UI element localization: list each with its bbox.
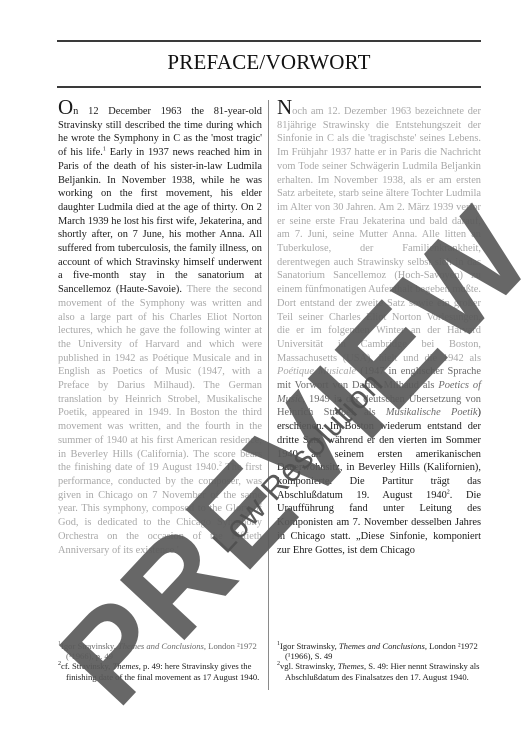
dropcap-n: N bbox=[277, 95, 292, 119]
german-paragraph: Noch am 12. Dezember 1963 bezeichnete de… bbox=[277, 101, 481, 557]
german-footnotes: 1Igor Strawinsky, Themes and Conclusions… bbox=[277, 641, 483, 682]
top-rule bbox=[57, 40, 481, 42]
german-title-musikalische-poetik: Musikalische Poetik bbox=[386, 407, 478, 418]
footnote-text: Igor Strawinsky, bbox=[280, 641, 339, 651]
german-text-clear: ) erschienen. In Boston wiederum entstan… bbox=[277, 407, 481, 500]
footnote-2-de: 2vgl. Strawinsky, Themes, S. 49: Hier ne… bbox=[277, 661, 483, 681]
footnote-text: cf. Stravinsky, bbox=[61, 661, 112, 671]
english-text-end: The first performance, conducted by the … bbox=[58, 462, 262, 555]
english-column: On 12 December 1963 the 81-year-old Stra… bbox=[58, 101, 262, 557]
page-title: PREFACE/VORWORT bbox=[57, 50, 481, 75]
column-separator bbox=[268, 100, 269, 690]
footnote-title: Themes bbox=[338, 661, 364, 671]
footnote-1-de: 1Igor Strawinsky, Themes and Conclusions… bbox=[277, 641, 483, 661]
footnote-2: 2cf. Stravinsky, Themes, p. 49: here Str… bbox=[58, 661, 264, 681]
dropcap-o: O bbox=[58, 95, 73, 119]
german-column: Noch am 12. Dezember 1963 bezeichnete de… bbox=[277, 101, 481, 557]
english-paragraph: On 12 December 1963 the 81-year-old Stra… bbox=[58, 101, 262, 557]
footnote-title: Themes and Conclusions bbox=[118, 641, 204, 651]
footnote-1: 1Igor Stravinsky, Themes and Conclusions… bbox=[58, 641, 264, 661]
german-title-poetique: Poétique Musicale bbox=[277, 366, 356, 377]
english-text-body: Early in 1937 news reached him in Paris … bbox=[58, 147, 262, 295]
english-text-obscured: There the second movement of the Symphon… bbox=[58, 284, 262, 473]
title-underline-rule bbox=[57, 86, 481, 88]
footnote-title: Themes bbox=[112, 661, 138, 671]
german-text-obscured: och am 12. Dezember 1963 bezeichnete der… bbox=[277, 106, 481, 364]
footnote-title: Themes and Conclusions bbox=[339, 641, 425, 651]
footnote-text: Igor Stravinsky, bbox=[61, 641, 118, 651]
english-footnotes: 1Igor Stravinsky, Themes and Conclusions… bbox=[58, 641, 264, 682]
footnote-text: vgl. Strawinsky, bbox=[280, 661, 338, 671]
